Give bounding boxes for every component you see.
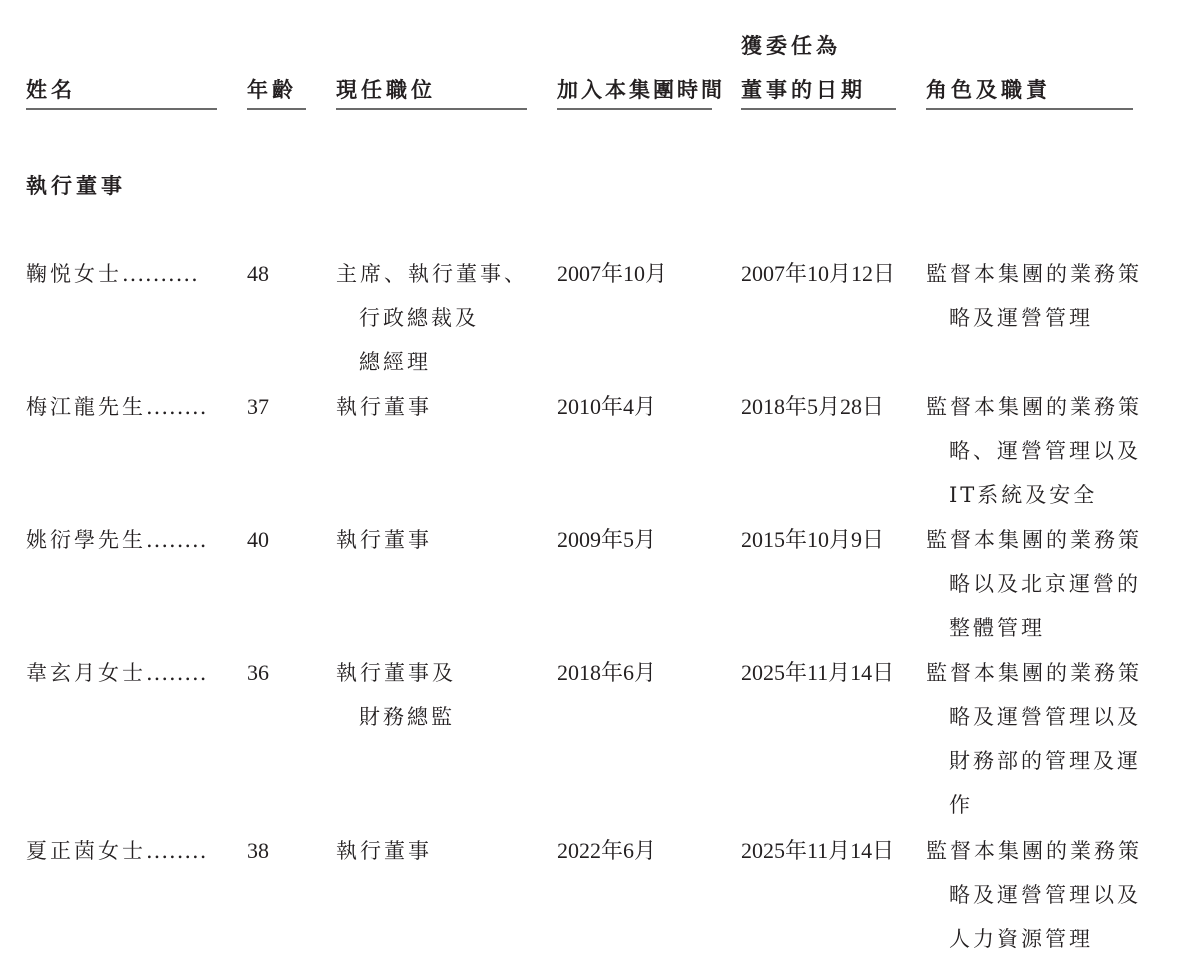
header-join-date-underline [557,108,712,110]
row-age: 48 [247,252,269,296]
roles-line: 監督本集團的業務策 [926,252,1142,296]
row-name: 鞠悦女士.......... [26,252,199,296]
roles-line: 監督本集團的業務策 [926,829,1142,873]
row-roles: 監督本集團的業務策 略及運營管理以及 財務部的管理及運 作 [926,651,1142,827]
name-text: 姚衍學先生 [26,528,146,552]
position-line: 執行董事 [336,518,432,562]
roles-line: 略及運營管理以及 [926,873,1142,917]
header-roles: 角色及職責 [926,76,1051,104]
leader-dots: .......... [122,262,199,286]
position-line: 總經理 [336,340,528,384]
row-position: 執行董事 [336,385,432,429]
roles-line: 作 [926,783,1142,827]
row-age: 36 [247,651,269,695]
roles-line: 整體管理 [926,606,1142,650]
row-appoint-date: 2018年5月28日 [741,385,884,429]
row-age: 40 [247,518,269,562]
header-age: 年齡 [247,76,297,104]
position-line: 主席、執行董事、 [336,252,528,296]
name-text: 夏正茵女士 [26,839,146,863]
row-name: 韋玄月女士........ [26,651,207,695]
position-line: 行政總裁及 [336,296,528,340]
name-text: 鞠悦女士 [26,262,122,286]
row-appoint-date: 2015年10月9日 [741,518,884,562]
row-join-date: 2018年6月 [557,651,656,695]
header-position: 現任職位 [336,76,436,104]
roles-line: 略以及北京運營的 [926,562,1142,606]
row-position: 執行董事 [336,829,432,873]
row-roles: 監督本集團的業務策 略及運營管理 [926,252,1142,340]
row-join-date: 2022年6月 [557,829,656,873]
row-appoint-date: 2025年11月14日 [741,651,894,695]
position-line: 執行董事及 [336,651,456,695]
row-join-date: 2007年10月 [557,252,667,296]
position-line: 執行董事 [336,829,432,873]
leader-dots: ........ [146,839,207,863]
section-title: 執行董事 [26,172,126,200]
header-appoint-underline [741,108,896,110]
header-appoint-line1: 獲委任為 [741,32,841,60]
roles-line: 略及運營管理 [926,296,1142,340]
header-age-underline [247,108,306,110]
leader-dots: ........ [146,528,207,552]
header-join-date: 加入本集團時間 [557,76,725,104]
row-name: 夏正茵女士........ [26,829,207,873]
header-roles-underline [926,108,1133,110]
position-line: 財務總監 [336,695,456,739]
roles-line: 略、運營管理以及 [926,429,1142,473]
row-name: 梅江龍先生........ [26,385,207,429]
row-position: 主席、執行董事、 行政總裁及 總經理 [336,252,528,384]
leader-dots: ........ [146,661,207,685]
name-text: 韋玄月女士 [26,661,146,685]
row-join-date: 2009年5月 [557,518,656,562]
row-name: 姚衍學先生........ [26,518,207,562]
roles-line: 人力資源管理 [926,917,1142,961]
header-appoint-line2: 董事的日期 [741,76,866,104]
header-name-underline [26,108,217,110]
roles-line: 監督本集團的業務策 [926,651,1142,695]
roles-line: 監督本集團的業務策 [926,518,1142,562]
row-age: 38 [247,829,269,873]
roles-line: 監督本集團的業務策 [926,385,1142,429]
leader-dots: ........ [146,395,207,419]
row-position: 執行董事及 財務總監 [336,651,456,739]
header-position-underline [336,108,527,110]
row-join-date: 2010年4月 [557,385,656,429]
roles-line: 財務部的管理及運 [926,739,1142,783]
row-appoint-date: 2025年11月14日 [741,829,894,873]
row-appoint-date: 2007年10月12日 [741,252,895,296]
row-age: 37 [247,385,269,429]
row-roles: 監督本集團的業務策 略及運營管理以及 人力資源管理 [926,829,1142,961]
roles-line: IT系統及安全 [926,473,1142,517]
roles-line: 略及運營管理以及 [926,695,1142,739]
row-roles: 監督本集團的業務策 略以及北京運營的 整體管理 [926,518,1142,650]
row-position: 執行董事 [336,518,432,562]
position-line: 執行董事 [336,385,432,429]
row-roles: 監督本集團的業務策 略、運營管理以及 IT系統及安全 [926,385,1142,517]
header-name: 姓名 [26,76,76,104]
name-text: 梅江龍先生 [26,395,146,419]
